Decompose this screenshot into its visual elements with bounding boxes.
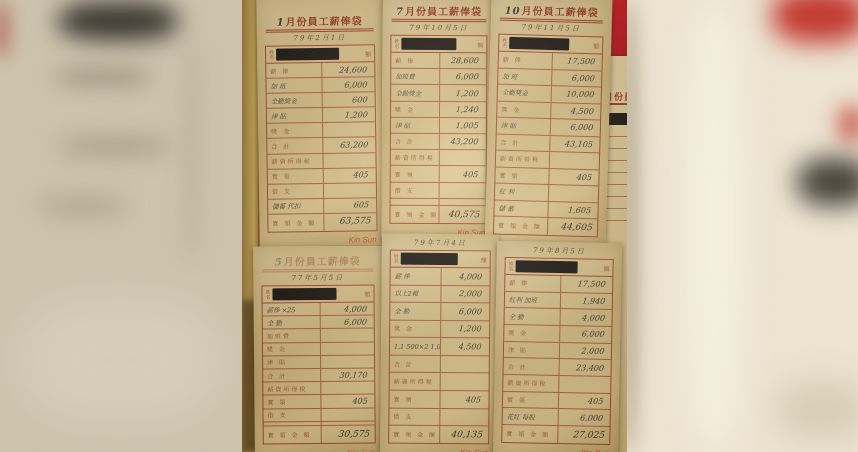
slip-title: 1月份員工薪俸袋: [265, 10, 373, 33]
row-amount: 405: [548, 172, 599, 182]
slip-month-handwritten: 1: [277, 17, 285, 28]
row-label: 津 貼: [504, 342, 560, 359]
row-amount: 6,000: [558, 413, 610, 423]
slip-header-row: 姓名額: [266, 45, 374, 64]
row-amount: 405: [558, 396, 610, 406]
slip-row: 紅利 加班1,940: [505, 292, 612, 311]
row-label: 儲 蓄: [494, 200, 548, 217]
slip-row: 薪資所得稅: [263, 382, 374, 396]
slip-row: 合 計23,400: [504, 358, 611, 377]
slip-row: 薪資所得稅: [267, 153, 375, 170]
row-label: 薪 俸: [391, 268, 443, 285]
slip-header-row: 姓名額: [262, 286, 373, 304]
blurred-highlight: [20, 300, 220, 420]
slip-date-handwritten: 79年10月5日: [389, 22, 488, 36]
row-amount: 405: [440, 395, 489, 404]
row-amount: 1,005: [440, 121, 487, 130]
slip-table: 姓名額薪 俸17,500加 班6,000全勤獎金10,000獎 金4,500津 …: [493, 34, 604, 238]
row-label: 獎 金: [391, 101, 440, 116]
row-amount: 600: [322, 95, 375, 105]
row-label: 獎 金: [267, 123, 323, 138]
slip-row: 津 貼1,005: [391, 118, 486, 135]
name-label: 姓名: [508, 261, 513, 271]
row-label: 實 領: [495, 167, 549, 184]
salary-slip-bottom-left: 5月份員工薪俸袋77年5月5日姓名額薪俸 ×254,000全 勤6,000加班費…: [253, 245, 384, 452]
row-label: 薪 俸: [391, 53, 440, 68]
slip-month-handwritten: 10: [504, 6, 520, 17]
total-label: 實 領 金 額: [390, 206, 439, 223]
slip-table: 姓名額薪俸 ×254,000全 勤6,000加班費獎 金津 貼合 計30,170…: [261, 285, 375, 445]
slip-title-text: 月份員工薪俸袋: [286, 16, 363, 28]
name-label: 姓名: [393, 254, 398, 264]
slip-total-row: 實 領 金 額40,575: [390, 206, 485, 223]
slip-total-row: 實 領 金 額30,575: [264, 426, 375, 444]
row-amount: 4,000: [560, 313, 612, 323]
row-amount: 6,000: [441, 307, 490, 316]
row-label: 薪資所得稅: [503, 375, 559, 392]
row-amount: 17,500: [560, 279, 612, 289]
blurred-red-cloth: [772, 0, 858, 43]
amount-header-label: 額: [365, 49, 371, 58]
slip-title-text: 月份員工薪俸袋: [284, 257, 361, 269]
row-label: 獎 金: [504, 325, 560, 342]
row-amount: 1,240: [440, 105, 487, 114]
slip-total-row: 實 領 金 額27,025: [502, 425, 609, 444]
row-amount: [559, 384, 610, 385]
row-label: 薪資所得稅: [496, 151, 550, 168]
slip-row: 獎 金6,000: [504, 325, 611, 344]
slip-row: 薪資所得稅: [391, 150, 486, 167]
kin-sun-watermark: Kin Sun: [460, 448, 488, 452]
row-amount: 605: [324, 201, 377, 211]
row-label: 合 計: [267, 138, 323, 153]
row-amount: 1,605: [548, 205, 599, 215]
row-label: 花紅 每股: [503, 408, 559, 425]
slip-header-row: 姓名額: [391, 36, 486, 53]
row-amount: 4,000: [320, 304, 374, 313]
slip-row: 薪俸 ×254,000: [263, 303, 374, 317]
slip-row: 獎 金: [263, 342, 374, 356]
row-amount: 1,200: [323, 110, 376, 120]
blurred-right-margin: [627, 0, 858, 452]
name-label: 姓名: [501, 38, 506, 48]
row-amount: 28,600: [440, 56, 487, 65]
row-amount: 1,940: [560, 296, 612, 306]
row-label: 全勤獎金: [267, 93, 323, 108]
slip-month-handwritten: 5: [275, 257, 283, 268]
name-redaction-bar: [509, 37, 569, 51]
name-redaction-bar: [276, 48, 339, 61]
row-amount: [324, 190, 376, 191]
row-label: 1.1 500×2 1,000 2.2 1,201×500: [390, 338, 442, 355]
slip-row: 實 領405: [503, 392, 610, 411]
row-label: 加班費: [263, 329, 321, 342]
slip-row: 薪 俸4,000: [391, 268, 490, 286]
total-amount: 40,575: [439, 210, 486, 220]
slip-title: 7月份員工薪俸袋: [391, 1, 486, 22]
kin-sun-watermark: Kin Sun: [347, 448, 375, 452]
blurred-text-stroke: [60, 140, 170, 153]
slip-row: 花紅 每股6,000: [503, 408, 610, 427]
slip-month-handwritten: 7: [396, 7, 404, 18]
slip-row: 薪 俸24,600: [266, 62, 374, 79]
salary-slip-top-right: 10月份員工薪俸袋79年11月5日姓名額薪 俸17,500加 班6,000全勤獎…: [484, 0, 612, 252]
blurred-line: [188, 40, 196, 260]
row-label: 全勤獎金: [498, 85, 552, 102]
slip-date-handwritten: 77年5月5日: [260, 272, 375, 286]
slip-row: 全 勤6,000: [263, 316, 374, 330]
blurred-text-stroke: [55, 70, 150, 84]
row-amount: 30,170: [320, 370, 374, 379]
slip-title-text: 月份員工薪俸袋: [405, 7, 482, 18]
name-redaction-bar: [401, 38, 456, 50]
name-redaction-bar: [515, 260, 577, 273]
row-amount: 6,000: [440, 72, 487, 81]
slip-title-text: 月份員工薪俸袋: [521, 6, 598, 19]
row-amount: 4,500: [441, 342, 490, 351]
slip-total-row: 實 領 金 額40,135: [389, 426, 488, 444]
slip-row: 津 貼2,000: [504, 342, 611, 361]
news-photo-payroll-envelopes: 月份員 1月份員工薪俸袋79年2月1日姓名額薪 俸24,600加 班6,000全…: [0, 0, 858, 452]
slip-table: 姓名額薪 俸4,000以上2報2,000全 勤6,000獎 金1,2001.1 …: [388, 250, 491, 445]
slip-row: 借 支: [391, 182, 486, 199]
total-label: 實 領 金 額: [502, 425, 558, 443]
row-amount: 4,500: [550, 106, 601, 116]
slip-row: 全 勤6,000: [390, 303, 489, 321]
name-label: 姓名: [268, 50, 273, 60]
row-label: 薪 俸: [266, 63, 322, 78]
row-label: 津 貼: [497, 118, 551, 135]
row-label: 全 勤: [390, 303, 442, 320]
row-amount: 10,000: [551, 89, 602, 99]
blurred-left-margin: [0, 0, 242, 452]
row-label: 借 支: [263, 409, 321, 422]
name-label: 姓名: [264, 289, 269, 299]
slip-header-row: 姓名額: [505, 258, 612, 277]
row-label: 實 領: [503, 392, 559, 409]
row-label: 薪 俸: [499, 52, 553, 69]
slip-row: 全勤獎金1,200: [391, 85, 486, 102]
slip-row: 薪資所得稅: [503, 375, 610, 394]
row-label: 借 支: [389, 408, 441, 425]
row-label: 薪資所得稅: [391, 150, 440, 165]
slip-row: 津 貼: [263, 355, 374, 369]
row-label: 全勤獎金: [391, 85, 440, 100]
salary-slip-bottom-middle: 79年7月4日姓名額薪 俸4,000以上2報2,000全 勤6,000獎 金1,…: [380, 233, 499, 452]
slip-row: 實 領405: [391, 166, 486, 183]
table-line: [604, 220, 627, 221]
row-amount: 6,000: [559, 329, 611, 339]
name-label: 姓名: [393, 39, 398, 49]
row-amount: [323, 130, 375, 131]
amount-header-label: 額: [481, 255, 487, 264]
row-label: 紅 利: [495, 184, 549, 201]
row-label: 以上2報: [390, 285, 442, 302]
row-amount: 17,500: [552, 56, 603, 66]
slip-title: 5月份員工薪俸袋: [262, 251, 373, 273]
row-amount: 6,000: [550, 122, 601, 132]
slip-row: 合 計: [390, 355, 489, 373]
slip-table: 姓名額薪 俸28,600加班費6,000全勤獎金1,200獎 金1,240津 貼…: [389, 35, 487, 225]
row-amount: 1,200: [440, 89, 487, 98]
slip-total-row: 實 領 金 額63,575: [268, 213, 376, 232]
slip-table: 姓名額薪 俸24,600加 班6,000全勤獎金600津 貼1,200獎 金合 …: [265, 44, 378, 233]
slip-row: 加 班6,000: [266, 77, 374, 94]
slip-row: 薪資所得稅: [390, 373, 489, 391]
blurred-red-edge: [0, 2, 8, 57]
row-amount: 4,000: [442, 272, 491, 281]
slip-row: 儲蓄 代扣605: [268, 198, 376, 215]
salary-slip-top-left: 1月份員工薪俸袋79年2月1日姓名額薪 俸24,600加 班6,000全勤獎金6…: [256, 0, 386, 247]
row-label: 薪資所得稅: [390, 373, 442, 390]
amount-header-label: 額: [593, 41, 599, 50]
row-label: 合 計: [496, 134, 550, 151]
total-amount: 44,605: [547, 222, 598, 233]
slip-row: 獎 金1,200: [390, 320, 489, 338]
slip-row: 加班費6,000: [391, 69, 486, 86]
row-amount: 6,000: [320, 317, 374, 326]
table-line: [604, 208, 627, 209]
row-label: 實 領: [263, 395, 321, 408]
salary-slip-top-middle: 7月份員工薪俸袋79年10月5日姓名額薪 俸28,600加班費6,000全勤獎金…: [381, 0, 495, 238]
slip-row: 合 計63,200: [267, 138, 375, 155]
row-label: 合 計: [390, 355, 442, 372]
salary-slip-bottom-right: 79年8月5日姓名額薪 俸17,500紅利 加班1,940全 勤4,000獎 金…: [493, 241, 622, 452]
slip-total-row: 實 領 金 額44,605: [494, 217, 597, 237]
row-label: 津 貼: [391, 118, 440, 133]
slip-row: 實 領405: [268, 168, 376, 185]
row-amount: 405: [321, 397, 375, 406]
slip-row: 加班費: [263, 329, 374, 343]
name-redaction-bar: [272, 288, 336, 301]
photo-center: 月份員 1月份員工薪俸袋79年2月1日姓名額薪 俸24,600加 班6,000全…: [242, 0, 627, 452]
blurred-redaction-bar: [58, 2, 178, 40]
row-amount: 24,600: [322, 65, 375, 75]
row-amount: [550, 160, 599, 161]
row-amount: 43,105: [549, 139, 600, 149]
slip-row: 獎 金1,240: [391, 101, 486, 118]
table-line: [604, 184, 627, 185]
kin-sun-watermark: Kin Sun: [581, 448, 609, 452]
total-amount: 27,025: [557, 430, 610, 441]
row-label: 加 班: [266, 78, 322, 93]
row-label: 薪俸 ×25: [263, 303, 321, 316]
row-label: 實 領: [389, 391, 441, 408]
blurred-red-smear: [837, 105, 858, 143]
slip-row: 津 貼1,200: [267, 108, 375, 125]
row-amount: 6,000: [322, 80, 375, 90]
slip-row: 合 計43,200: [391, 134, 486, 151]
table-line: [604, 196, 627, 197]
row-amount: 2,000: [559, 346, 611, 356]
slip-row: 獎 金: [267, 123, 375, 140]
slip-header-row: 姓名額: [391, 251, 490, 269]
blurred-redaction-bar: [797, 158, 858, 206]
row-label: 實 領: [391, 166, 440, 181]
row-amount: 43,200: [440, 137, 487, 146]
row-amount: 63,200: [323, 140, 376, 150]
name-redaction-bar: [401, 253, 459, 266]
total-amount: 40,135: [440, 430, 489, 440]
amount-header-label: 額: [364, 289, 370, 298]
row-label: 合 計: [504, 358, 560, 375]
total-label: 實 領 金 額: [268, 214, 324, 232]
row-amount: 23,400: [559, 363, 611, 373]
slip-row: 借 支: [268, 183, 376, 200]
row-amount: 2,000: [441, 289, 490, 298]
amount-header-label: 額: [603, 263, 609, 272]
row-label: 薪 俸: [505, 275, 561, 292]
row-label: [264, 422, 322, 426]
row-label: 獎 金: [497, 101, 551, 118]
total-label: 實 領 金 額: [494, 217, 548, 235]
slip-row: 以上2報2,000: [390, 285, 489, 303]
blurred-text-stroke: [40, 200, 125, 212]
row-label: 津 貼: [263, 356, 321, 369]
row-label: 全 勤: [263, 316, 321, 329]
total-label: 實 領 金 額: [389, 426, 441, 443]
row-label: 加 班: [498, 68, 552, 85]
slip-row: 薪 俸17,500: [505, 275, 612, 294]
total-label: 實 領 金 額: [264, 426, 322, 444]
row-label: 借 支: [268, 184, 324, 199]
row-amount: 6,000: [551, 73, 602, 83]
slip-row: 借 支: [263, 408, 374, 422]
row-label: 借 支: [391, 182, 440, 197]
slip-date-handwritten: 79年7月4日: [389, 237, 492, 251]
row-label: 合 計: [263, 369, 321, 382]
row-amount: 405: [440, 170, 487, 179]
row-label: 實 領: [268, 169, 324, 184]
row-label: 薪資所得稅: [263, 382, 321, 395]
row-label: 薪資所得稅: [267, 154, 323, 169]
row-amount: [324, 160, 376, 161]
blurred-highlight: [777, 380, 858, 440]
amount-header-label: 額: [477, 40, 483, 49]
slip-row: 1.1 500×2 1,000 2.2 1,201×5004,500: [390, 338, 489, 356]
slip-row: 實 領405: [389, 391, 488, 409]
row-label: 紅利 加班: [505, 292, 561, 309]
row-label: 儲蓄 代扣: [268, 199, 324, 214]
row-label: 全 勤: [504, 308, 560, 325]
slip-table: 姓名額薪 俸17,500紅利 加班1,940全 勤4,000獎 金6,000津 …: [501, 257, 614, 445]
slip-row: 借 支: [389, 408, 488, 426]
total-amount: 30,575: [321, 429, 375, 439]
row-amount: [549, 193, 598, 194]
slip-row: 全勤獎金600: [267, 92, 375, 109]
kin-sun-watermark: Kin Sun: [349, 235, 377, 244]
slip-title: 10月份員工薪俸袋: [500, 0, 604, 23]
row-label: 合 計: [391, 134, 440, 149]
slip-row: 薪 俸28,600: [391, 53, 486, 70]
row-label: 津 貼: [267, 108, 323, 123]
blurred-paper-band: [687, 0, 742, 452]
row-label: [391, 199, 440, 205]
slip-row: 實 領405: [263, 395, 374, 409]
slip-row: 全 勤4,000: [504, 308, 611, 327]
blurred-edge-shadow: [627, 0, 639, 452]
total-amount: 63,575: [324, 217, 377, 228]
row-amount: 405: [324, 170, 377, 180]
row-amount: 1,200: [441, 324, 490, 333]
row-label: 加班費: [391, 69, 440, 84]
row-label: 獎 金: [263, 343, 321, 356]
row-label: 獎 金: [390, 320, 442, 337]
slip-row: 合 計30,170: [263, 369, 374, 383]
